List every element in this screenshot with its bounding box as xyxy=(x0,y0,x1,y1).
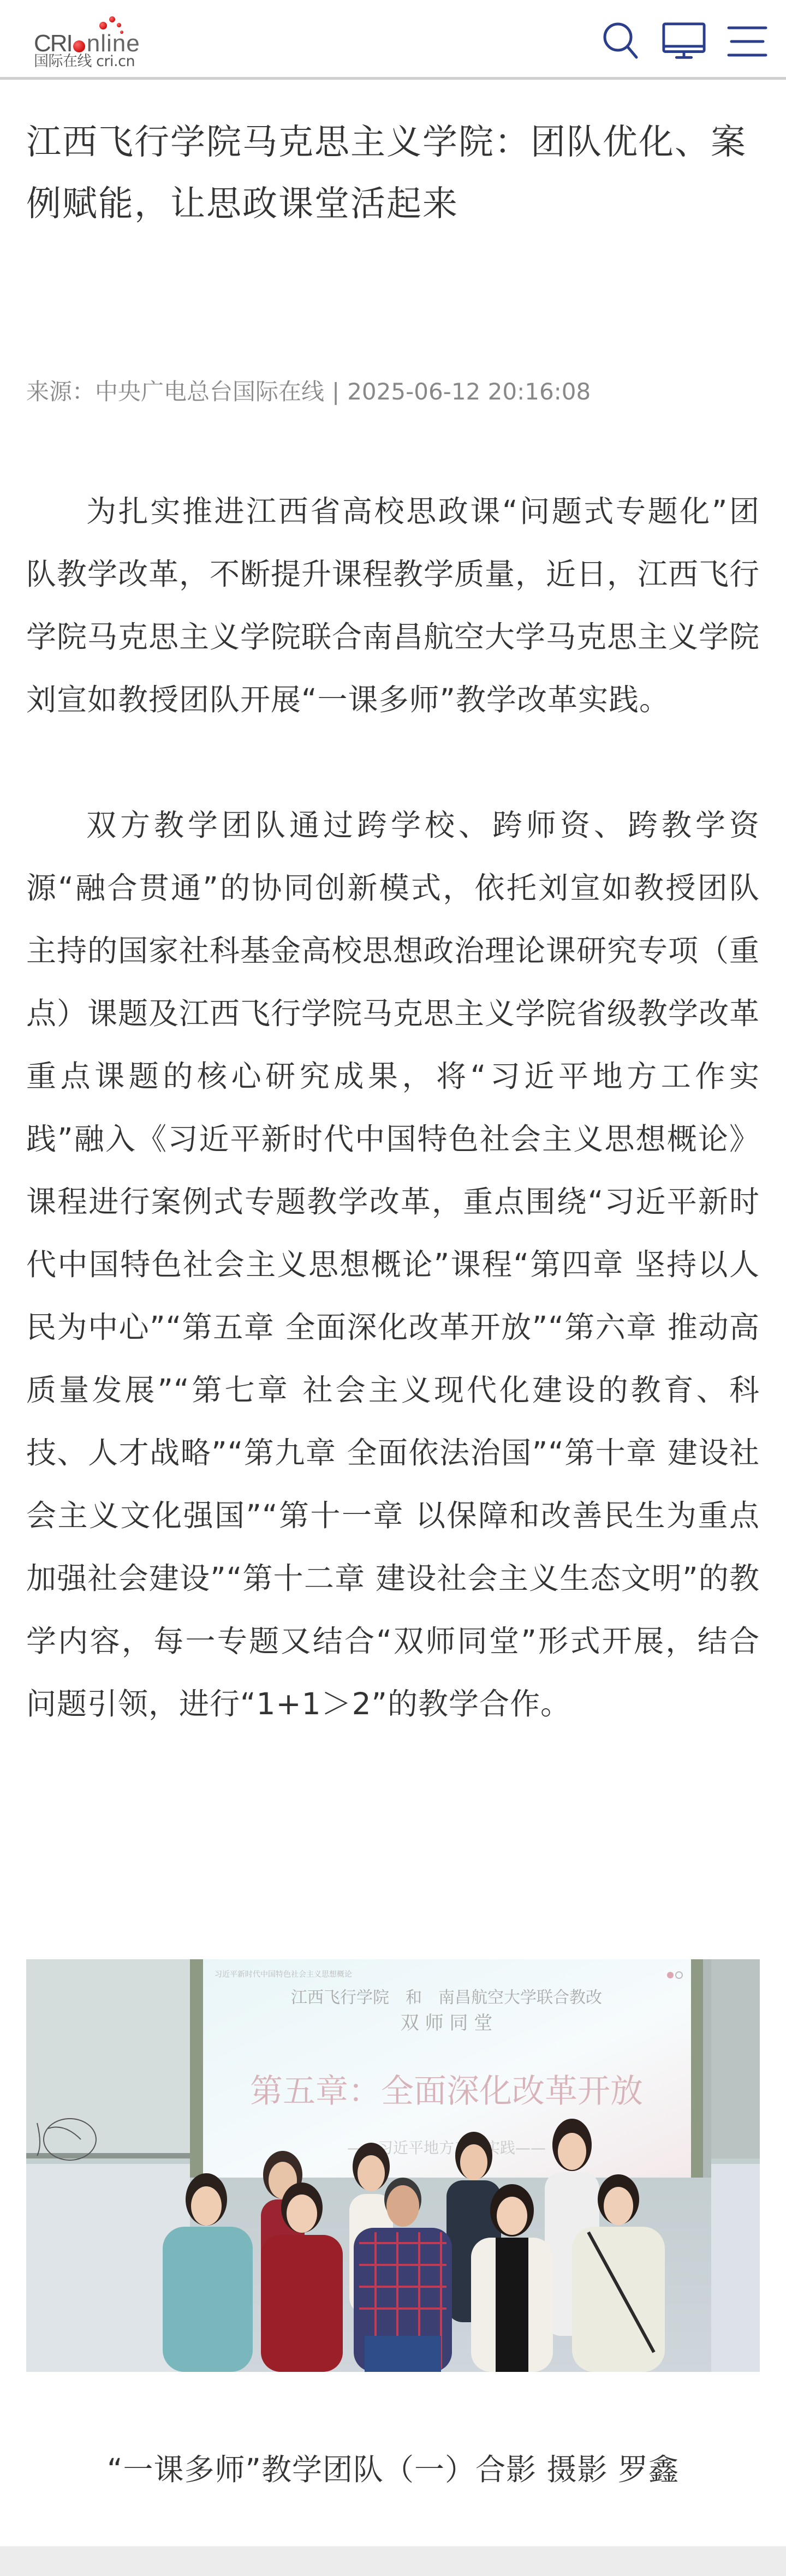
desktop-version-button[interactable] xyxy=(662,19,706,63)
logo-brand-latin: CRI xyxy=(34,32,72,56)
screen-header-text: 习近平新时代中国特色社会主义思想概论 xyxy=(215,1970,352,1979)
article-title: 江西飞行学院马克思主义学院：团队优化、案例赋能，让思政课堂活起来 xyxy=(26,112,763,235)
search-icon xyxy=(602,20,640,62)
screen-line1: 江西飞行学院 和 南昌航空大学联合教改 xyxy=(291,1988,602,2007)
search-button[interactable] xyxy=(598,19,643,63)
photo-caption: “一课多师”教学团队（一）合影 摄影 罗鑫 xyxy=(0,2450,786,2489)
menu-button[interactable] xyxy=(725,19,770,63)
logo-wordmark: CRI nline xyxy=(34,31,140,56)
logo-subtitle: 国际在线 cri.cn xyxy=(34,53,135,70)
article-photo[interactable]: 习近平新时代中国特色社会主义思想概论 江西飞行学院 和 南昌航空大学联合教改 双… xyxy=(26,1959,760,2372)
group-photo-illustration: 习近平新时代中国特色社会主义思想概论 江西飞行学院 和 南昌航空大学联合教改 双… xyxy=(26,1959,760,2372)
article-paragraph: 双方教学团队通过跨学校、跨师资、跨教学资源“融合贯通”的协同创新模式，依托刘宣如… xyxy=(26,794,760,1736)
logo-brand-suffix: nline xyxy=(87,32,140,56)
source-label: 来源： xyxy=(26,378,95,405)
screen-line2: 双 师 同 堂 xyxy=(401,2012,492,2034)
header-actions xyxy=(598,16,770,65)
footer-band xyxy=(0,2546,786,2576)
article-paragraph: 为扎实推进江西省高校思政课“问题式专题化”团队教学改革，不断提升课程教学质量，近… xyxy=(26,480,760,731)
meta-separator: | xyxy=(332,378,340,405)
cri-online-logo[interactable]: CRI nline 国际在线 cri.cn xyxy=(34,14,170,69)
site-header: CRI nline 国际在线 cri.cn xyxy=(0,0,786,80)
source-name: 中央广电总台国际在线 xyxy=(95,378,324,405)
desktop-icon xyxy=(662,21,706,61)
publish-datetime: 2025-06-12 20:16:08 xyxy=(347,378,591,405)
article-meta: 来源：中央广电总台国际在线|2025-06-12 20:16:08 xyxy=(26,377,763,407)
screen-chapter: 第五章：全面深化改革开放 xyxy=(250,2072,643,2110)
logo-red-ball-icon xyxy=(73,40,85,52)
menu-icon xyxy=(727,23,768,58)
article-body: 为扎实推进江西省高校思政课“问题式专题化”团队教学改革，不断提升课程教学质量，近… xyxy=(26,480,760,1736)
